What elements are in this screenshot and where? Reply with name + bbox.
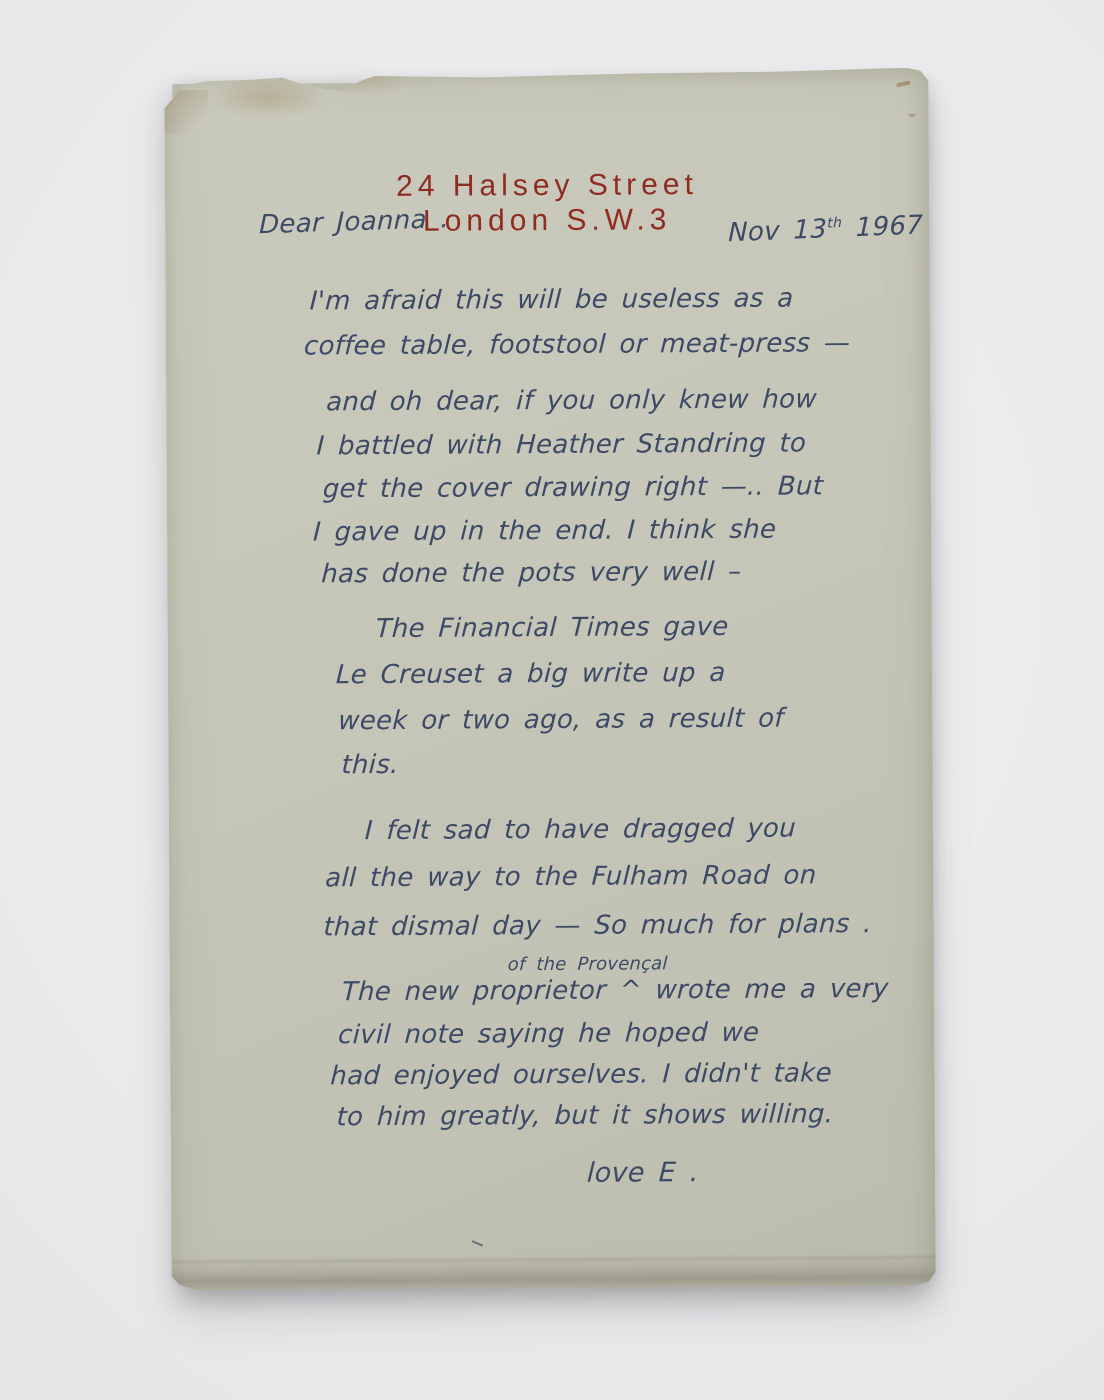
letter-line: that dismal day — So much for plans . (323, 909, 873, 942)
date-year: 1967 (856, 210, 924, 243)
letter-line: all the way to the Fulham Road on (325, 860, 818, 893)
letter-line: has done the pots very well – (321, 557, 743, 590)
photo-backdrop: 24 Halsey Street London S.W.3 Dear Joann… (0, 0, 1104, 1400)
letter-line: get the cover drawing right —.. But (322, 471, 824, 504)
salutation: Dear Joanna . (259, 204, 449, 240)
letter-line: and oh dear, if you only knew how (326, 384, 818, 417)
letter-line: I gave up in the end. I think she (312, 515, 777, 548)
letter-line: I'm afraid this will be useless as a (309, 284, 794, 317)
letter-line: week or two ago, as a result of (338, 704, 785, 737)
signature: love E . (586, 1157, 699, 1189)
letter-line: had enjoyed ourselves. I didn't take (330, 1058, 833, 1091)
interlinear-insertion: of the Provençal (507, 953, 668, 975)
handwriting-layer: Dear Joanna . Nov 13th 1967 I'm afraid t… (164, 68, 935, 1291)
letter-line: The Financial Times gave (375, 612, 729, 644)
letter-line: Le Creuset a big write up a (335, 658, 726, 690)
date-day: Nov 13 (728, 214, 827, 248)
letter-paper: 24 Halsey Street London S.W.3 Dear Joann… (164, 68, 935, 1291)
letter-line: I battled with Heather Standring to (316, 428, 807, 461)
date-ordinal: th (827, 215, 842, 232)
letter-line: I felt sad to have dragged you (364, 813, 796, 846)
letter-line: The new proprietor ^ wrote me a very (341, 974, 889, 1007)
letter-line: to him greatly, but it shows willing. (336, 1099, 834, 1132)
letter-line: this. (341, 750, 400, 780)
letter-line: coffee table, footstool or meat-press — (303, 328, 851, 361)
date-line: Nov 13th 1967 (728, 210, 923, 248)
letter-line: civil note saying he hoped we (337, 1018, 760, 1051)
